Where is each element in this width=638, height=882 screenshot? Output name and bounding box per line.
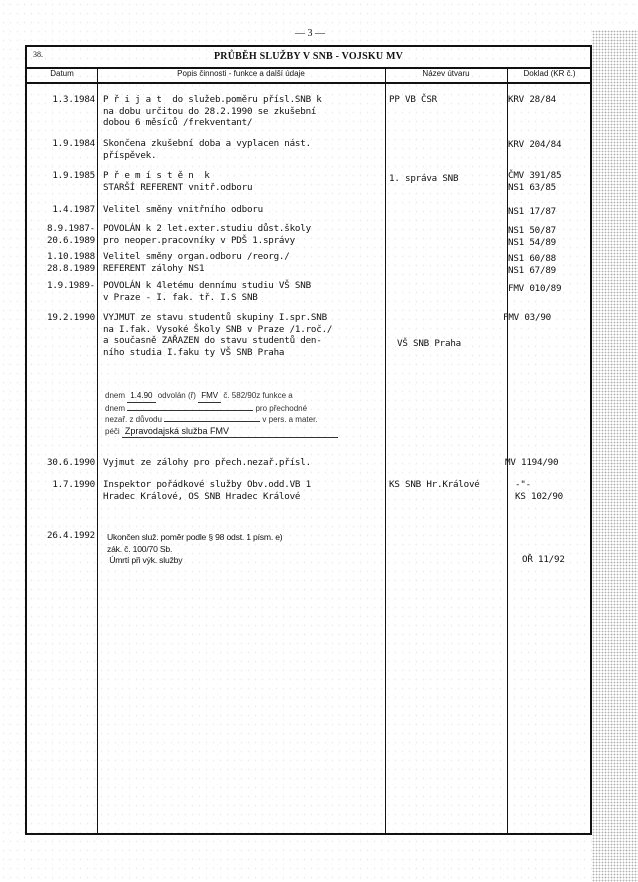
entry-document: NS1 50/87 NS1 54/89 (508, 225, 556, 248)
stamp-line: dnem 1.4.90 odvolán (ř) FMV č. 582/90z f… (105, 390, 385, 403)
stamp-line: péči Zpravodajská služba FMV (105, 426, 385, 439)
entry-date: 1.9.1985 (31, 170, 95, 182)
stamp-label: v pers. a mater. (262, 415, 317, 424)
entry-description: P ř e m í s t ě n k STARŠÍ REFERENT vnit… (103, 170, 252, 193)
entry-date: 1.10.1988 28.8.1989 (31, 251, 95, 274)
entry-description: Inspektor pořádkové služby Obv.odd.VB 1 … (103, 479, 311, 502)
stamp-label: dnem (105, 404, 125, 413)
stamp-org-value: FMV (198, 390, 221, 403)
column-header-row: Datum Popis činnosti - funkce a další úd… (27, 67, 590, 84)
entry-description: Velitel směny vnitřního odboru (103, 204, 263, 216)
entry-document: NS1 17/87 (508, 206, 556, 218)
entry-date: 19.2.1990 (31, 312, 95, 324)
stamp-line: nezař. z důvodu v pers. a mater. (105, 414, 385, 426)
stamp-label: dnem (105, 391, 125, 400)
stamp-line: dnem pro přechodné (105, 403, 385, 415)
entry-date: 26.4.1992 (31, 530, 95, 542)
stamp-service-value: Zpravodajská služba FMV (122, 426, 338, 439)
entry-date: 1.9.1984 (31, 138, 95, 150)
column-header-unit: Název útvaru (385, 69, 507, 78)
entry-date: 8.9.1987- 20.6.1989 (31, 223, 95, 246)
stamp-label: č. 582/90z funkce a (223, 391, 292, 400)
entry-document: MV 1194/90 (505, 457, 558, 469)
service-record-table: 38. PRŮBĚH SLUŽBY V SNB - VOJSKU MV Datu… (25, 45, 592, 835)
entry-document: KRV 204/84 (508, 139, 561, 151)
column-divider (385, 67, 386, 833)
column-header-description: Popis činnosti - funkce a další údaje (97, 69, 385, 78)
entry-unit: VŠ SNB Praha (397, 338, 461, 350)
table-title: PRŮBĚH SLUŽBY V SNB - VOJSKU MV (27, 51, 590, 62)
column-header-date: Datum (27, 69, 97, 78)
entry-date: 30.6.1990 (31, 457, 95, 469)
stamp-blank (164, 421, 260, 422)
entry-document: FMV 010/89 (508, 283, 561, 295)
scan-edge-noise (592, 30, 638, 882)
entry-unit: 1. správa SNB (389, 173, 458, 185)
entry-date: 1.4.1987 (31, 204, 95, 216)
entry-document: NS1 60/88 NS1 67/89 (508, 253, 556, 276)
stamp-label: péči (105, 427, 120, 436)
entry-document: FMV 03/90 (503, 312, 551, 324)
entry-description: Skončena zkušební doba a vyplacen nást. … (103, 138, 311, 161)
stamp-label: odvolán (ř) (158, 391, 196, 400)
stamp-blank (127, 410, 253, 411)
entry-document: -"- KS 102/90 (515, 479, 563, 502)
stamp-label: nezař. z důvodu (105, 415, 162, 424)
entry-document: KRV 28/84 (508, 94, 556, 106)
entry-unit: KS SNB Hr.Králové (389, 479, 480, 491)
entry-description: VYJMUT ze stavu studentů skupiny I.spr.S… (103, 312, 332, 358)
entry-description: Velitel směny organ.odboru /reorg./ REFE… (103, 251, 290, 274)
entry-description: POVOLÁN k 4letému dennímu studiu VŠ SNB … (103, 280, 311, 303)
entry-document: ČMV 391/85 NS1 63/85 (508, 170, 561, 193)
table-title-row: 38. PRŮBĚH SLUŽBY V SNB - VOJSKU MV (27, 47, 590, 69)
stamp-date-value: 1.4.90 (127, 390, 155, 403)
entry-description: Ukončen služ. poměr podle § 98 odst. 1 p… (107, 532, 282, 567)
entry-document: OŘ 11/92 (522, 554, 565, 566)
stamp-form-block: dnem 1.4.90 odvolán (ř) FMV č. 582/90z f… (105, 390, 385, 438)
page-number: — 3 — (295, 28, 325, 39)
entry-unit: PP VB ČSR (389, 94, 437, 106)
entry-description: P ř i j a t do služeb.poměru přísl.SNB k… (103, 94, 322, 129)
entry-date: 1.3.1984 (31, 94, 95, 106)
stamp-label: pro přechodné (255, 404, 307, 413)
entry-description: POVOLÁN k 2 let.exter.studiu důst.školy … (103, 223, 311, 246)
entry-date: 1.7.1990 (31, 479, 95, 491)
entry-date: 1.9.1989- (31, 280, 95, 292)
column-header-document: Doklad (KR č.) (507, 69, 592, 78)
entry-description: Vyjmut ze zálohy pro přech.nezař.přísl. (103, 457, 311, 469)
column-divider (97, 67, 98, 833)
